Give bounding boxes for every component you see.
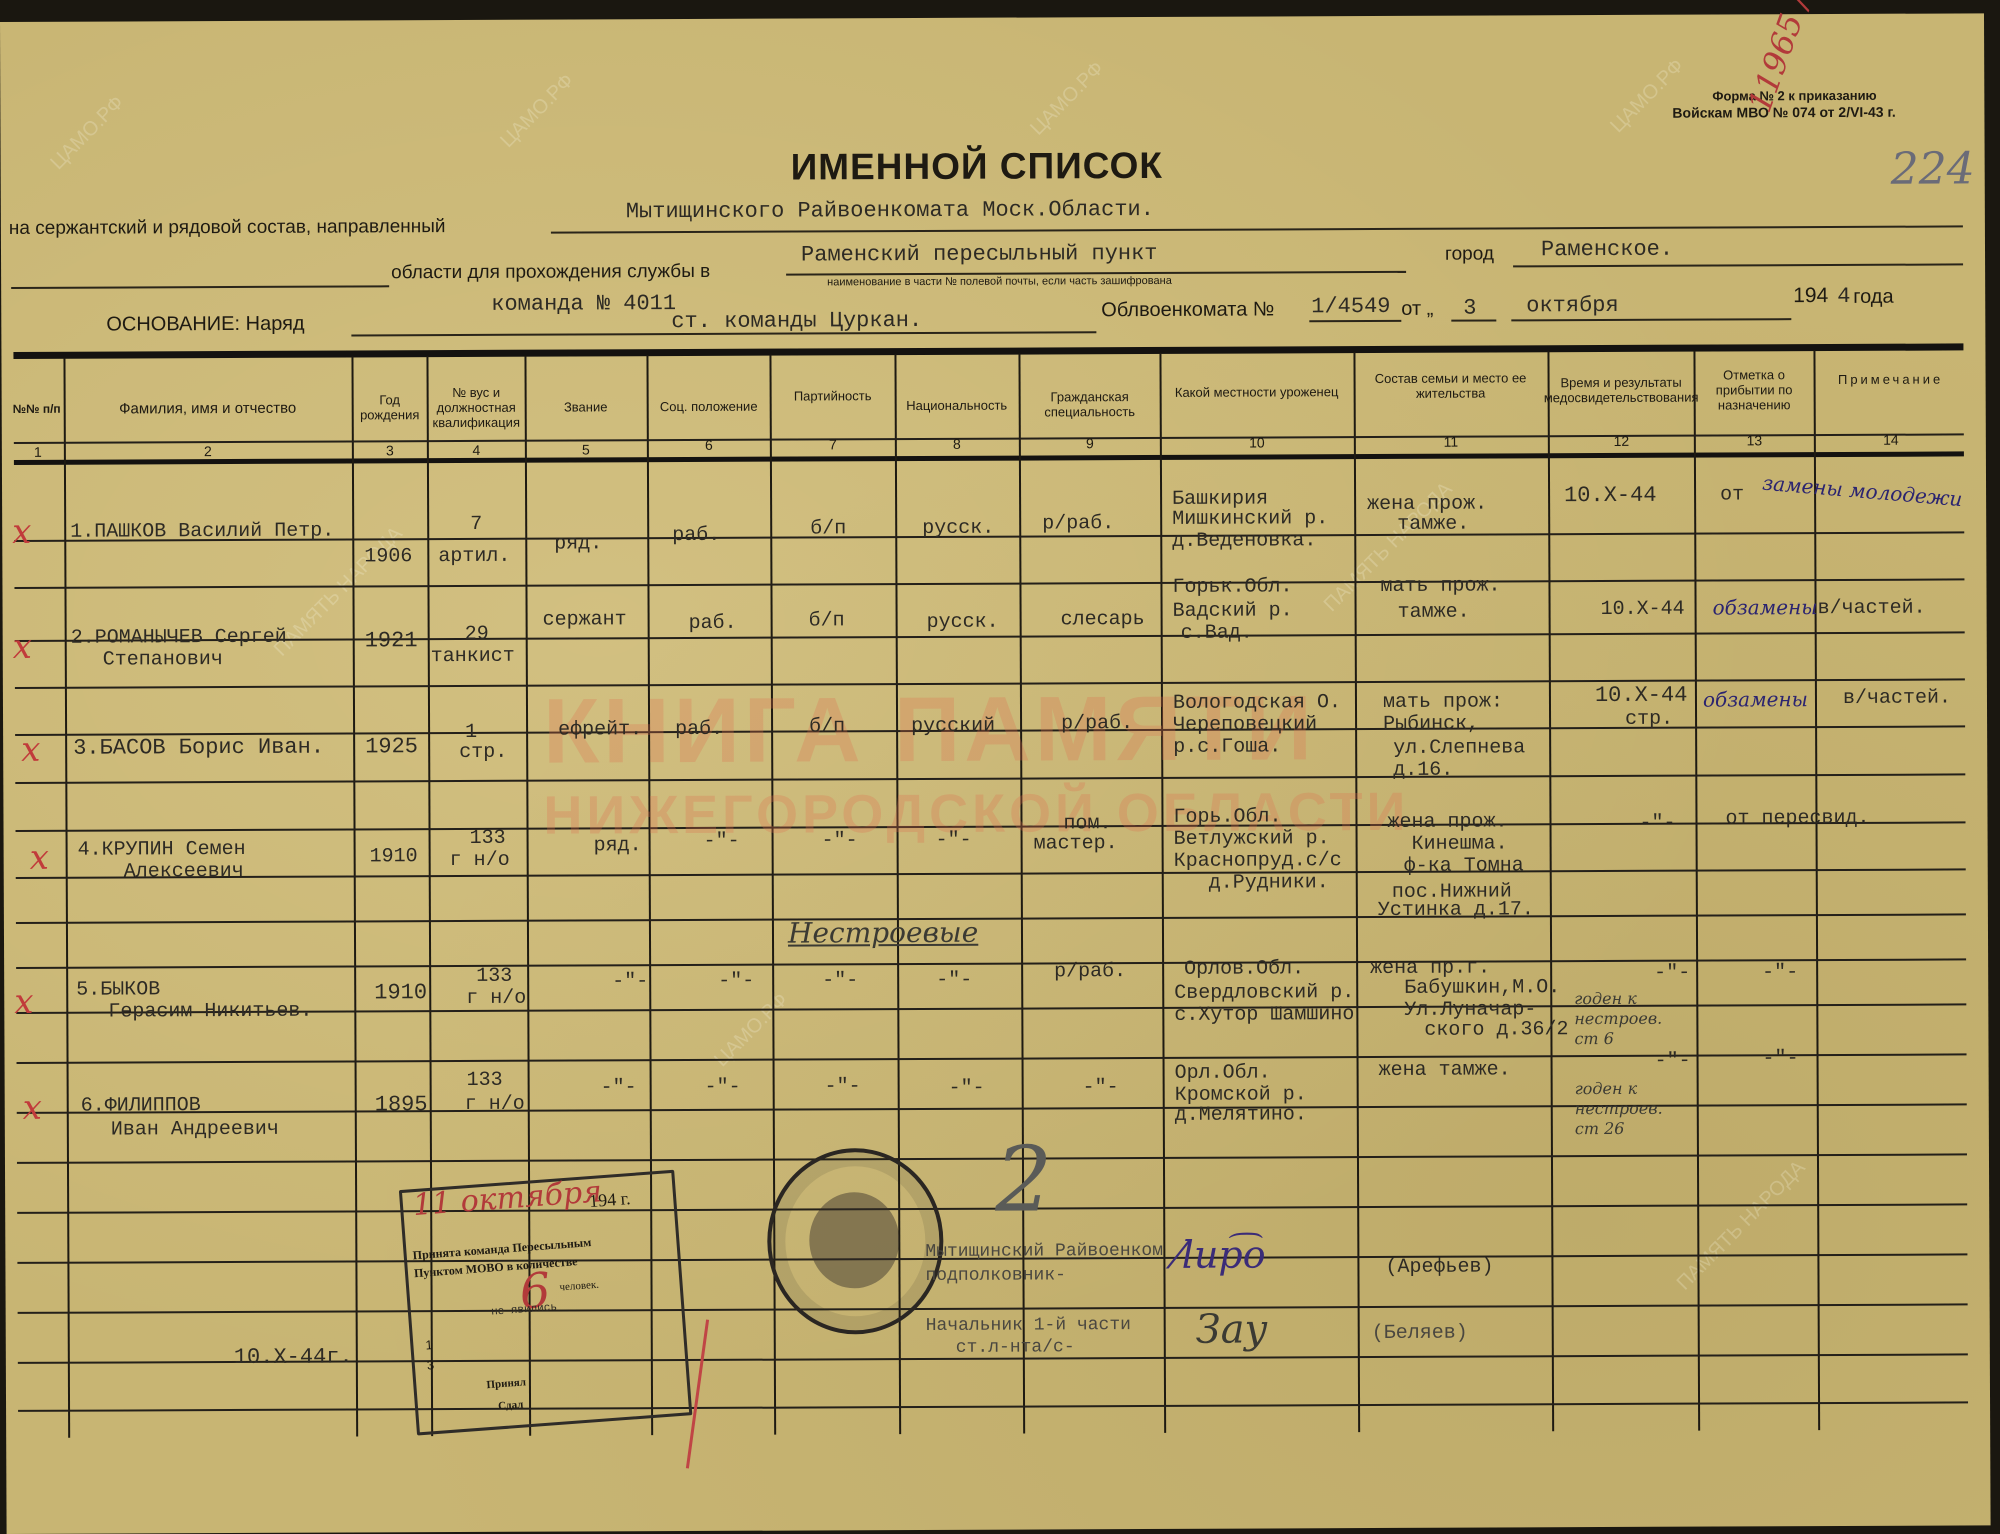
signer1-rank: подполковник- [925,1265,1066,1286]
row-family: жена прож. [1387,811,1507,834]
round-seal-stamp [767,1148,944,1335]
city-value: Раменское. [1541,237,1673,263]
row-birthplace: Краснопруд.с/с [1174,850,1342,873]
table-row: х 3.БАСОВ Борис Иван. 1925 1 стр. ефрейт… [0,13,1984,22]
row-specialty2: мастер. [1034,833,1118,855]
row-family: мать прож. [1380,575,1500,598]
row-birthplace: Орл.Обл. [1175,1062,1271,1084]
row-birthplace: Горьк.Обл. [1172,576,1292,599]
row-note: в/частей. [1818,598,1926,620]
row-year: 1906 [364,546,412,568]
table-row: х 1.ПАШКОВ Василий Петр. 1906 7 артил. р… [0,13,1984,22]
signer2-name: (Беляев) [1372,1322,1468,1345]
col-header-1: №№ п/п [12,374,62,444]
row-rank: -"- [601,1077,637,1099]
row-birthplace: д.Веденовка. [1172,530,1316,553]
row-family: Рыбинск, [1383,714,1479,736]
watermark-tile: ЦАМО.РФ [46,92,129,175]
col-header-7: Партийность [772,370,894,421]
row-birthplace: д.Мелятино. [1175,1104,1307,1127]
date-year-suffix: 4 [1837,284,1850,309]
row-name: 6.ФИЛИППОВ [81,1095,201,1118]
row-social: раб. [672,525,720,547]
row-arrival-typed: -"- [1762,1048,1798,1070]
row-vus: 7 [470,514,482,536]
basis-sub: ст. команды Цуркан. [671,308,922,334]
col-header-9: Гражданская специальность [1021,369,1159,440]
col-header-4: № вус и должностная квалификация [429,372,524,442]
row-name2: Степанович [103,649,223,672]
row-year: 1925 [365,736,418,758]
row-specialty: р/раб. [1061,713,1133,735]
watermark-tile: ЦАМО.РФ [496,70,579,153]
col-num: 10 [1162,434,1352,451]
row-birthplace: с.Вад. [1181,623,1253,645]
from-label: от „ [1401,298,1433,321]
row-year: 1895 [375,1094,428,1116]
signer2-signature: Зау [1196,1306,1268,1352]
table-row: х 5.БЫКОВ Герасим Никитьев. 1910 133 г н… [0,13,1984,22]
row-year: 1921 [365,630,418,652]
row-social: раб. [689,613,737,635]
table-row: х 2.РОМАНЫЧЕВ Сергей Степанович 1921 29 … [0,13,1984,22]
form-reference-line1: Форма № 2 к приказанию [1712,88,1876,104]
basis-value: команда № 4011 [491,291,676,317]
row-social: -"- [718,971,754,993]
row-rank: ряд. [554,533,602,555]
strike-mark: х [12,512,31,552]
row-name: 3.БАСОВ Борис Иван. [73,737,324,760]
row-rank: ряд. [594,835,642,857]
header-line1-value: Мытищинского Райвоенкомата Моск.Области. [626,197,1154,224]
row-party: б/п [810,518,846,540]
col-num: 8 [897,436,1017,453]
row-name: 4.КРУПИН Семен [78,839,246,862]
row-vus2: г н/о [465,1094,525,1116]
signer2-rank: ст.л-нта/с- [956,1337,1075,1358]
row-vus2: артил. [438,546,510,568]
col-num: 12 [1550,433,1693,450]
col-num: 14 [1816,431,1966,448]
stamp-received: Принял [486,1376,526,1391]
col-num: 1 [14,444,62,460]
stamp-handed: Сдал [498,1399,524,1413]
row-family: Кинешма. [1412,833,1508,855]
header-line2-caption: наименование в части № полевой почты, ес… [827,275,1172,289]
row-birthplace: Горь.Обл. [1173,806,1281,828]
row-name2: Алексеевич [124,861,244,884]
row-birthplace: р.с.Гоша. [1173,736,1281,758]
row-nationality: -"- [936,970,972,992]
date-year-prefix: 194 [1793,284,1828,308]
row-birthplace: Вологодская О. [1173,692,1341,715]
row-party: -"- [822,970,858,992]
row-birthplace: д.Рудники. [1209,872,1329,895]
row-party: -"- [825,1076,861,1098]
row-family: Бабушкин,М.О. [1404,977,1560,1000]
row-name: 2.РОМАНЫЧЕВ Сергей [71,627,287,650]
col-num: 4 [429,442,524,458]
signer2-title: Начальник 1-й части [926,1315,1131,1336]
page-title: ИМЕННОЙ СПИСОК [791,145,1163,189]
date-year-label: года [1853,286,1893,309]
col-num: 11 [1356,433,1546,450]
row-family: тамже. [1398,602,1470,624]
row-family: жена тамже. [1379,1059,1511,1082]
row-medical: 10.X-44 [1601,599,1685,621]
row-vus: 133 [470,828,506,850]
row-nationality: русск. [922,518,994,540]
row-birthplace: Орлов.Обл. [1184,958,1304,981]
row-year: 1910 [370,846,418,868]
col-header-2: Фамилия, имя и отчество [66,372,350,443]
row-nationality: русск. [927,612,999,634]
row-rank: -"- [612,971,648,993]
col-num: 7 [772,436,894,453]
watermark-tile: ЦАМО.РФ [1606,55,1689,138]
row-name2: Герасим Никитьев. [108,1001,312,1024]
row-note: в/частей. [1843,687,1951,709]
row-vus2: стр. [459,742,507,764]
header-line2-value: Раменский пересыльный пункт [801,241,1158,268]
col-header-6: Соц. положение [649,371,769,442]
row-family: ф-ка Томна [1404,855,1524,878]
row-family: мать прож: [1383,691,1503,714]
col-header-13: Отметка о прибытии по назначению [1695,354,1812,425]
row-social: -"- [705,1077,741,1099]
strike-mark: х [30,838,49,878]
page-number: 224 [1891,143,1975,194]
row-arrival-handwritten: обзамены [1713,596,1818,618]
strike-mark: х [21,730,40,770]
row-vus: 133 [467,1070,503,1092]
row-social: раб. [675,719,723,741]
row-nationality: -"- [949,1078,985,1100]
row-medical: -"- [1654,963,1690,985]
col-header-10: Какой местности уроженец [1161,356,1351,427]
footer-date: 10.X-44г. [234,1344,353,1370]
row-specialty: -"- [1083,1077,1119,1099]
col-num: 6 [649,437,769,454]
row-birthplace: с.Хутор Шамшино [1174,1004,1354,1027]
row-rank: ефрейт. [558,719,642,741]
row-medical: -"- [1655,1051,1691,1073]
row-vus2: г н/о [466,988,526,1010]
row-arrival-handwritten: замены молодежи [1761,472,1963,511]
col-header-3: Год рождения [354,372,426,442]
row-name2: Иван Андреевич [111,1119,279,1142]
acceptance-stamp: 11 октября 194 г. Принята команда Пересы… [399,1170,692,1436]
table-row: х 4.КРУПИН Семен Алексеевич 1910 133 г н… [0,13,1984,22]
row-name: 5.БЫКОВ [76,979,160,1001]
row-party: б/п [809,716,845,738]
row-nationality: -"- [936,830,972,852]
row-arrival-typed: от [1720,484,1744,506]
row-arrival-typed: -"- [1762,962,1798,984]
col-header-12: Время и результаты медосвидетельствовани… [1549,355,1692,426]
oblvoenkomat-label: Облвоенкомата № [1101,298,1274,322]
strike-mark: х [14,982,33,1022]
basis-label: ОСНОВАНИЕ: Наряд [106,313,304,337]
signer1-signature: ⁄lup͡o [1175,1232,1265,1276]
form-reference-line2: Войскам МВО № 074 от 2/VI-43 г. [1672,104,1895,121]
row-birthplace: Свердловский р. [1174,982,1354,1005]
col-num: 13 [1696,432,1813,449]
date-day: 3 [1463,296,1476,321]
row-family: Устинка д.17. [1378,899,1534,922]
handwritten-number-2: 2 [995,1127,1053,1232]
row-vus2: танкист [431,646,515,668]
row-party: б/п [809,610,845,632]
row-party: -"- [822,830,858,852]
row-social: -"- [704,831,740,853]
row-birthplace: Мишкинский р. [1172,508,1328,531]
col-header-8: Национальность [897,370,1017,441]
row-vus2: г н/о [450,850,510,872]
signer1-title: Мытищинский Райвоенком [925,1241,1163,1262]
row-nationality: русский [911,716,995,738]
stamp-n1: 1 [425,1337,433,1352]
row-medical: -"- [1639,813,1675,835]
row-medical: 10.X-44 [1595,685,1688,707]
row-family: тамже. [1397,514,1469,536]
col-header-11: Состав семьи и место ее жительства [1355,355,1545,416]
row-medical-handwritten: годен к нестроев. ст 6 [1574,989,1654,1049]
stamp-year: 194 г. [588,1188,631,1212]
row-medical-handwritten: годен к нестроев. ст 26 [1575,1079,1655,1139]
strike-mark: х [23,1088,42,1128]
stamp-n3: 3 [426,1357,434,1372]
row-birthplace: Череповецкий [1173,714,1317,737]
header-line1-label: на сержантский и рядовой состав, направл… [9,216,446,240]
col-header-14: Примечание [1815,353,1965,404]
row-arrival-typed: от пересвид. [1725,808,1869,831]
col-num: 2 [66,442,350,459]
stamp-date-handwritten: 11 октября [412,1174,603,1223]
col-header-5: Звание [527,371,645,442]
row-birthplace: Ветлужский р. [1174,828,1330,851]
row-year: 1910 [374,982,427,1004]
strike-mark: х [13,627,32,667]
row-specialty: слесарь [1061,609,1145,631]
watermark-tile: ПАМЯТЬ НАРОДА [1673,1157,1811,1296]
seal-emblem-icon [809,1192,899,1288]
row-medical: 10.X-44 [1564,485,1657,507]
signer1-name: (Арефьев) [1385,1255,1493,1278]
watermark-tile: ЦАМО.РФ [1026,57,1109,140]
row-family: ского д.36/2 [1424,1019,1568,1042]
col-num: 9 [1021,435,1159,452]
col-num: 5 [527,441,645,458]
header-line2-label: области для прохождения службы в [391,261,710,284]
table-row: х 6.ФИЛИППОВ Иван Андреевич 1895 133 г н… [0,13,1984,22]
row-vus: 133 [476,966,512,988]
date-month: октября [1526,293,1619,318]
stamp-people: человек. [559,1279,599,1294]
city-label: город [1445,243,1494,265]
row-rank: сержант [543,609,627,631]
row-family: ул.Слепнева [1393,737,1525,760]
col-num: 3 [354,442,426,458]
row-birthplace: Вадский р. [1173,600,1293,623]
row-medical2: стр. [1625,709,1673,731]
row-specialty: р/раб. [1042,513,1114,535]
row-arrival-handwritten: обзамены [1703,688,1808,710]
oblvoenkomat-value: 1/4549 [1311,294,1390,319]
row-vus: 29 [465,624,489,646]
row-family: д.16. [1393,760,1453,782]
row-name: 1.ПАШКОВ Василий Петр. [70,521,334,544]
section-note-nestroevye: Нестроевые [788,916,978,950]
row-specialty: р/раб. [1054,961,1126,983]
document-page: ЦАМО.РФ ЦАМО.РФ ЦАМО.РФ ЦАМО.РФ ПАМЯТЬ Н… [0,13,1991,1534]
